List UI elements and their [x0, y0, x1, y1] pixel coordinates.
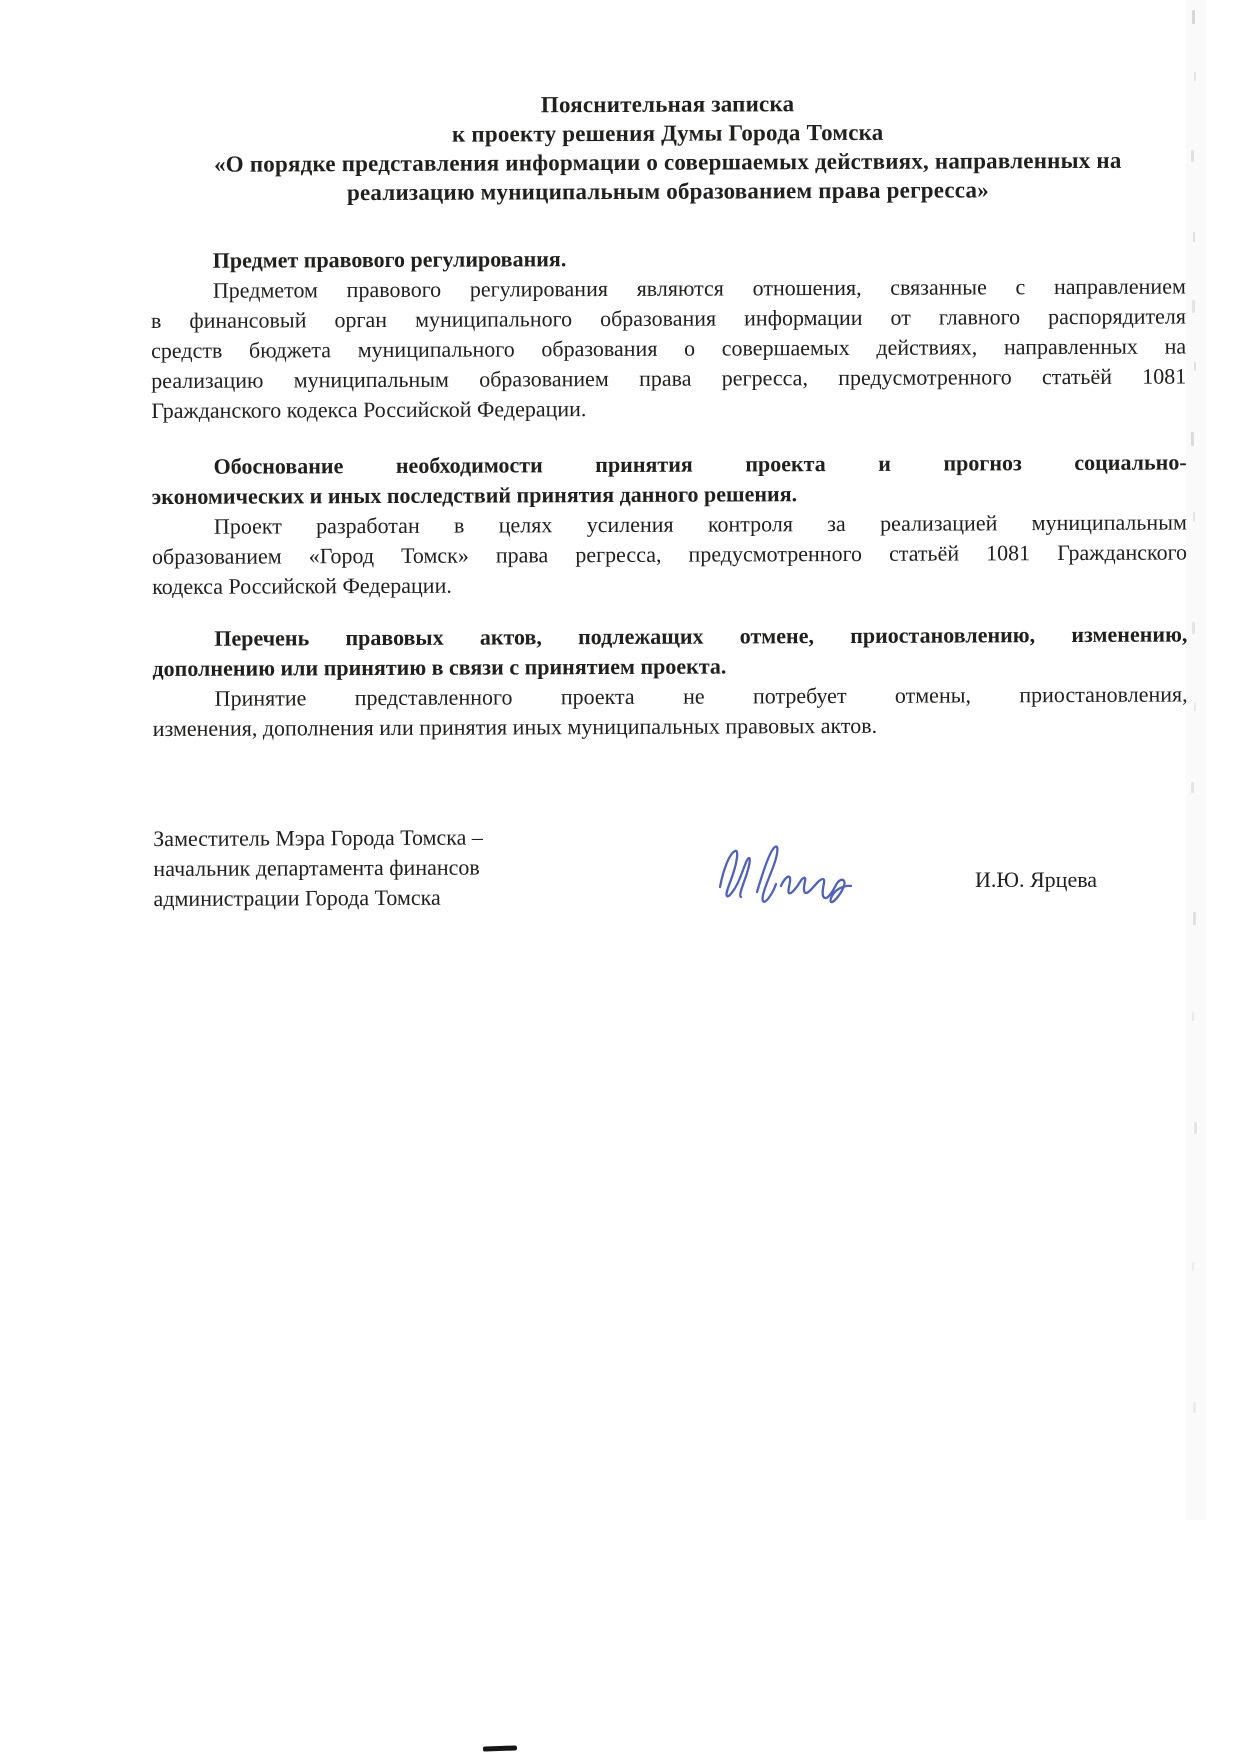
signature-ink [720, 847, 851, 903]
title-line-3: «О порядке представления информации о со… [150, 145, 1185, 179]
section1-heading: Предмет правового регулирования. [151, 241, 1186, 276]
paragraph-line: Предметом правового регулирования являют… [151, 271, 1186, 306]
signee-name: И.Ю. Ярцева [975, 866, 1097, 894]
paragraph-line: кодекса Российской Федерации. [152, 567, 1187, 602]
section2-paragraph: Проект разработан в целях усиления контр… [152, 507, 1187, 602]
heading-line: Перечень правовых актов, подлежащих отме… [152, 619, 1187, 654]
signature-title-line: Заместитель Мэра Города Томска – [153, 819, 1188, 854]
scan-mark-bottom [483, 1745, 517, 1751]
paragraph-line: в финансовый орган муниципального образо… [151, 301, 1186, 336]
paragraph-line: средств бюджета муниципального образован… [151, 331, 1186, 366]
document-title: Пояснительная записка к проекту решения … [150, 87, 1185, 208]
document-body: Пояснительная записка к проекту решения … [150, 87, 1189, 914]
paragraph-line: реализацию муниципальным образованием пр… [151, 361, 1186, 396]
section3-paragraph: Принятие представленного проекта не потр… [153, 679, 1188, 744]
section1-paragraph: Предметом правового регулирования являют… [151, 271, 1187, 426]
paragraph-line: изменения, дополнения или принятия иных … [153, 709, 1188, 744]
section3-heading: Перечень правовых актов, подлежащих отме… [152, 619, 1187, 684]
paragraph-line: образованием «Город Томск» права регресс… [152, 537, 1187, 572]
heading-line: дополнению или принятию в связи с принят… [152, 649, 1187, 684]
paragraph-line: Принятие представленного проекта не потр… [153, 679, 1188, 714]
scan-edge-artifact [1186, 0, 1206, 1520]
paragraph-line: Гражданского кодекса Российской Федераци… [151, 391, 1186, 426]
heading-line: Обоснование необходимости принятия проек… [152, 447, 1187, 482]
paragraph-line: Проект разработан в целях усиления контр… [152, 507, 1187, 542]
handwritten-signature-icon [712, 840, 880, 914]
heading-line: экономических и иных последствий приняти… [152, 477, 1187, 512]
title-line-4: реализацию муниципальным образованием пр… [150, 174, 1185, 208]
title-line-1: Пояснительная записка [150, 87, 1185, 121]
title-line-2: к проекту решения Думы Города Томска [150, 116, 1185, 150]
scanned-document-page: Пояснительная записка к проекту решения … [0, 0, 1240, 1753]
section2-heading: Обоснование необходимости принятия проек… [152, 447, 1187, 512]
